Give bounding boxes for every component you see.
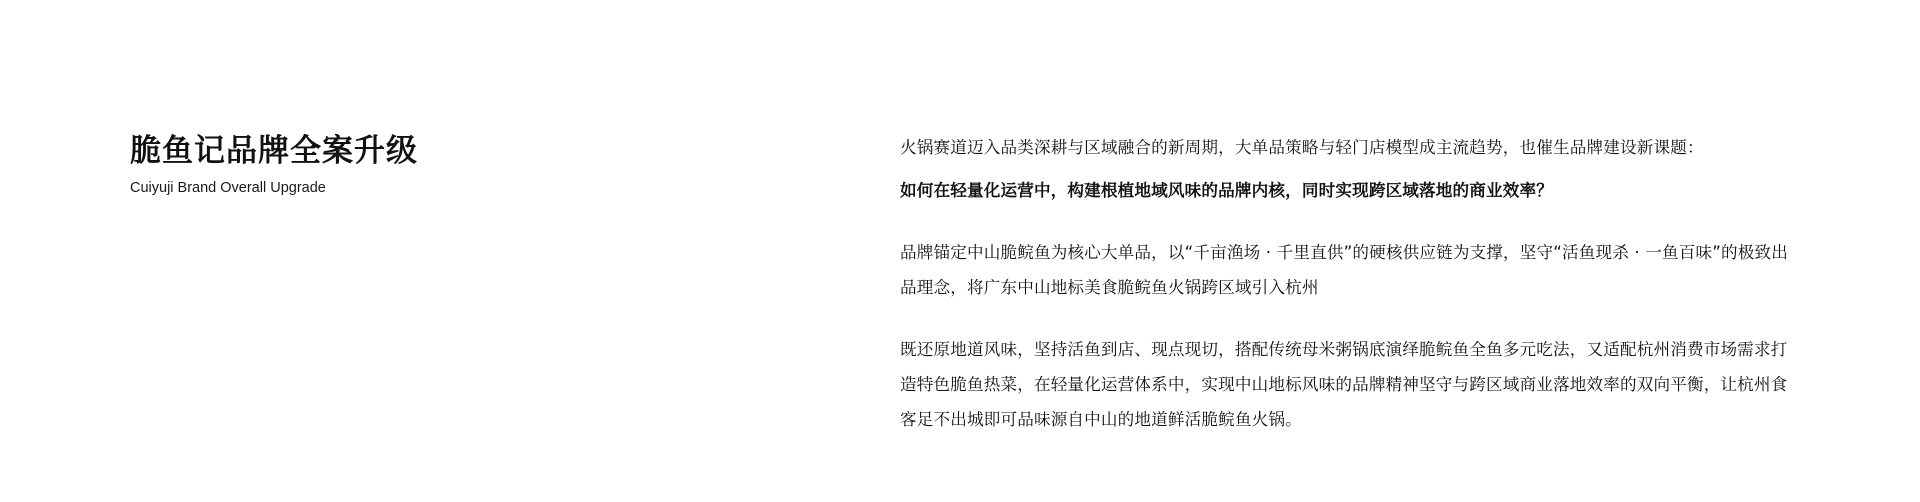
paragraph-strategy: 既还原地道风味，坚持活鱼到店、现点现切，搭配传统母米粥锅底演绎脆鲩鱼全鱼多元吃法… [900, 332, 1800, 437]
question-text: 如何在轻量化运营中，构建根植地域风味的品牌内核，同时实现跨区域落地的商业效率？ [900, 173, 1800, 208]
intro-text: 火锅赛道迈入品类深耕与区域融合的新周期，大单品策略与轻门店模型成主流趋势，也催生… [900, 130, 1800, 165]
title-block: 脆鱼记品牌全案升级 Cuiyuji Brand Overall Upgrade [130, 131, 418, 198]
description-block: 火锅赛道迈入品类深耕与区域融合的新周期，大单品策略与轻门店模型成主流趋势，也催生… [900, 130, 1800, 437]
page-subtitle: Cuiyuji Brand Overall Upgrade [130, 178, 418, 198]
paragraph-positioning: 品牌锚定中山脆鲩鱼为核心大单品，以“千亩渔场 · 千里直供”的硬核供应链为支撑，… [900, 235, 1800, 305]
page-title: 脆鱼记品牌全案升级 [130, 131, 418, 171]
